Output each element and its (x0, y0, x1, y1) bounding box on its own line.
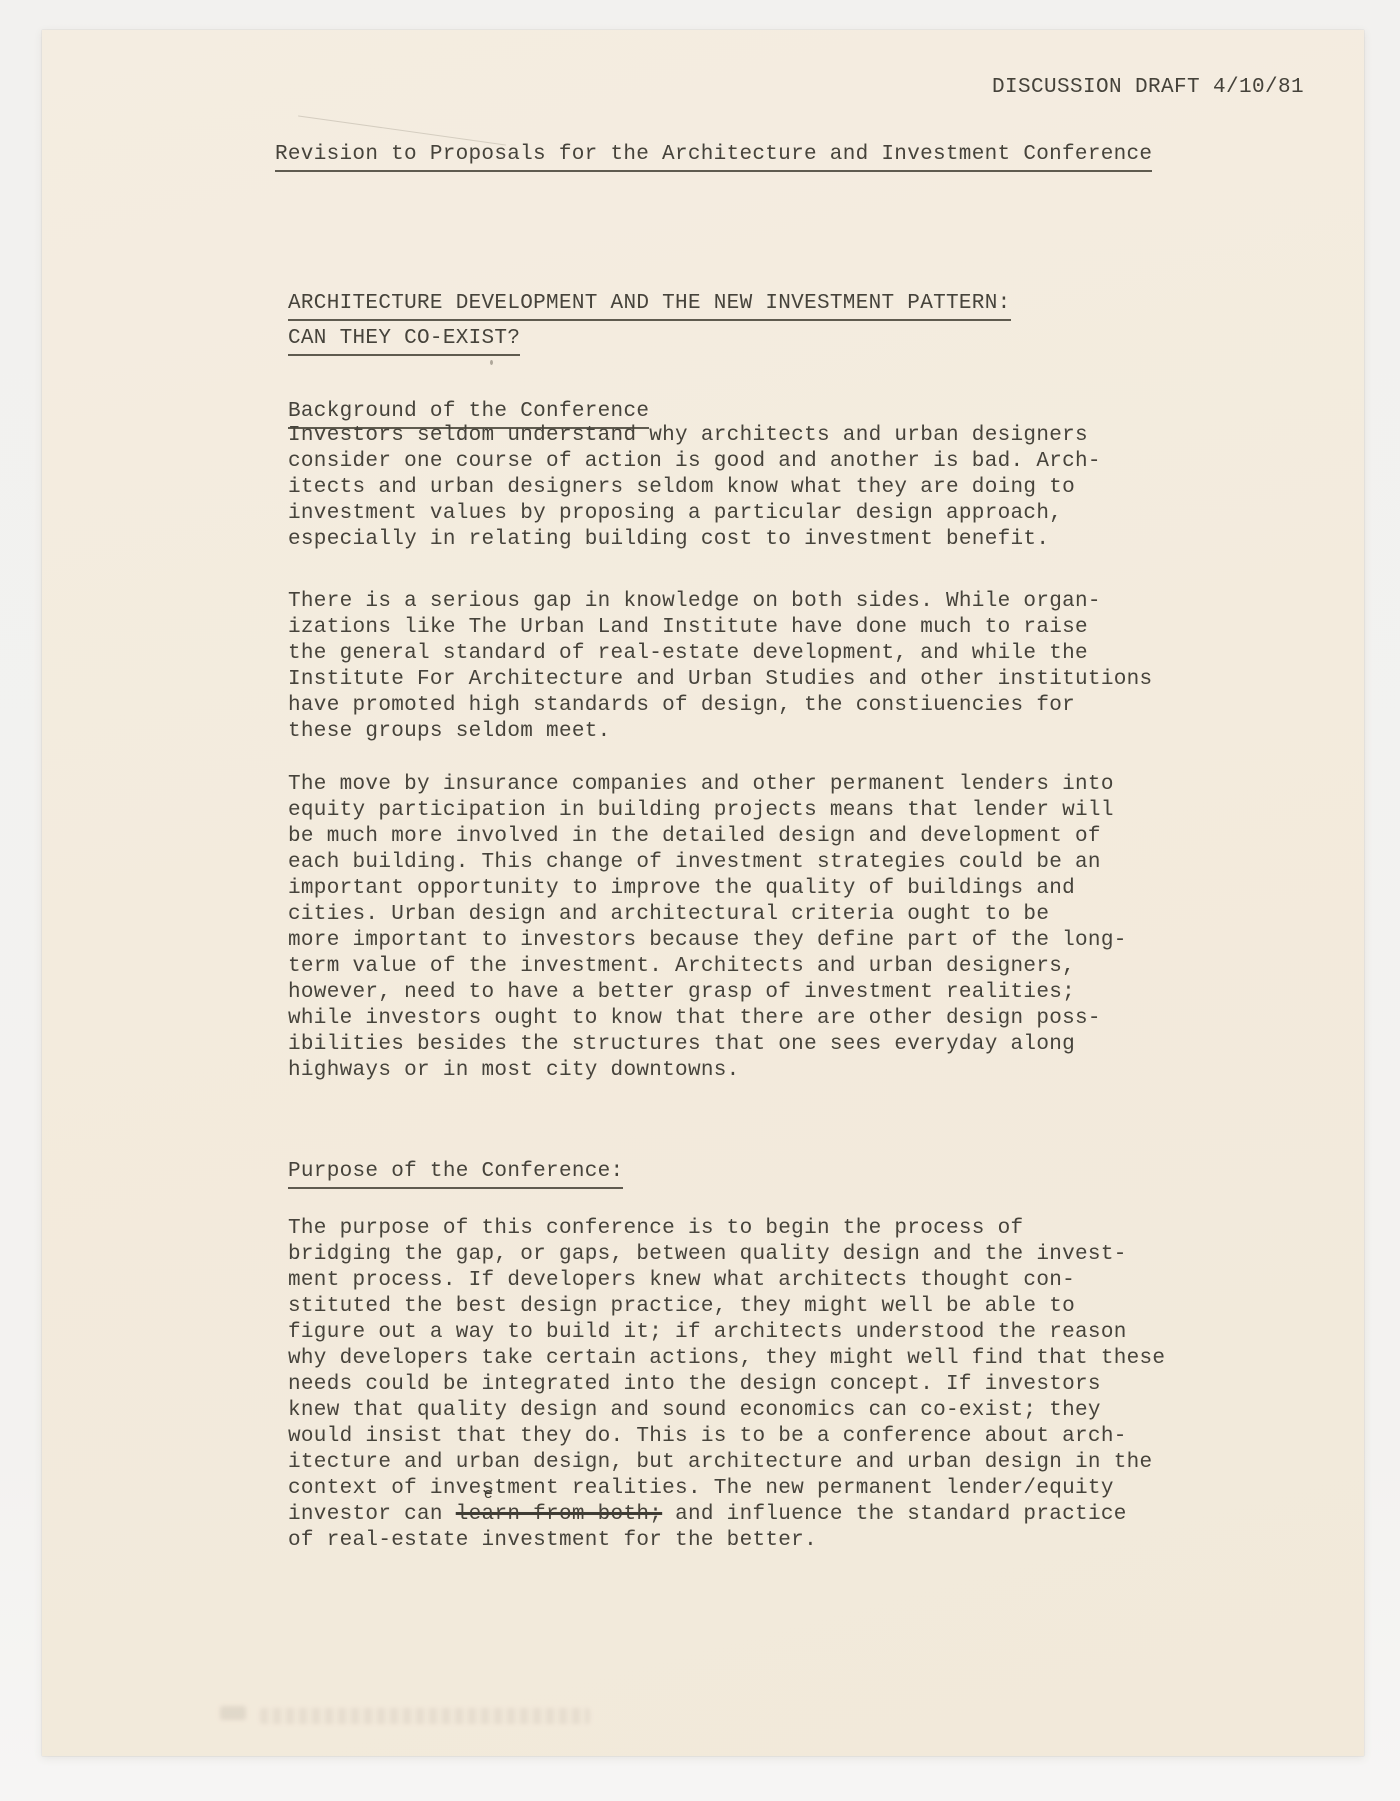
document-title: Revision to Proposals for the Architectu… (275, 142, 1152, 172)
bleed-through-smudge (260, 1708, 590, 1724)
paper-speck (490, 360, 493, 365)
purpose-heading: Purpose of the Conference: (288, 1159, 623, 1189)
bleed-through-mark (220, 1706, 246, 1720)
background-heading-row: Background of the Conference (288, 373, 649, 429)
struck-out-text-content: learn from both; (456, 1503, 662, 1526)
purpose-paragraph: The purpose of this conference is to beg… (288, 1190, 1248, 1554)
purpose-paragraph-text-before: The purpose of this conference is to beg… (288, 1217, 1165, 1526)
scan-background: DISCUSSION DRAFT 4/10/81 Revision to Pro… (0, 0, 1400, 1801)
purpose-heading-row: Purpose of the Conference: (288, 1133, 623, 1189)
correction-mark: e (484, 1487, 493, 1502)
background-paragraph-1: Investors seldom understand why architec… (288, 423, 1188, 553)
document-page: DISCUSSION DRAFT 4/10/81 Revision to Pro… (42, 30, 1364, 1756)
background-paragraph-2: There is a serious gap in knowledge on b… (288, 589, 1208, 745)
struck-out-text: learn from both;e (456, 1503, 662, 1526)
subject-heading-line2-row: CAN THEY CO-EXIST? (288, 300, 520, 333)
draft-label: DISCUSSION DRAFT 4/10/81 (992, 76, 1304, 99)
document-title-row: Revision to Proposals for the Architectu… (275, 116, 1152, 172)
background-paragraph-3: The move by insurance companies and othe… (288, 772, 1208, 1084)
subject-heading-line1-row: ARCHITECTURE DEVELOPMENT AND THE NEW INV… (288, 265, 1011, 298)
subject-heading-line2: CAN THEY CO-EXIST? (288, 326, 520, 356)
